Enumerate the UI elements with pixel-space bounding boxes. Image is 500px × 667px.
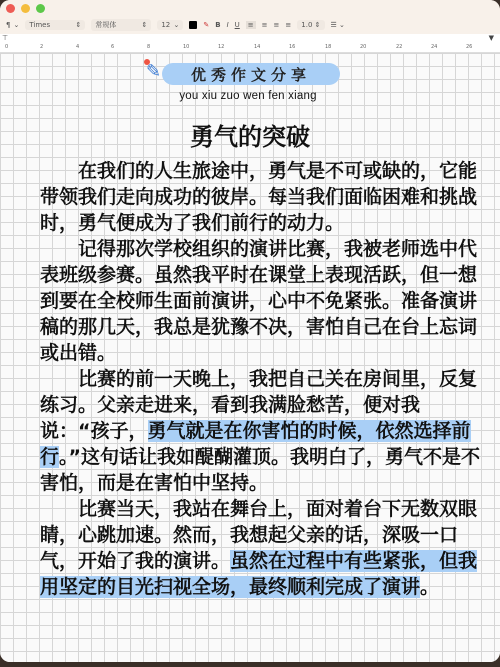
paragraph-icon: ¶ (6, 21, 10, 29)
line-spacing-select[interactable]: 1.0 ⇕ (297, 20, 324, 30)
justify-button[interactable]: ≡ (285, 21, 291, 29)
align-right-button[interactable]: ≡ (274, 21, 280, 29)
format-toolbar: ¶⌄ Times⇕ 常规体⇕ 12⌄ ✎ B I U ≡ ≡ ≡ ≡ 1.0 ⇕… (6, 19, 345, 31)
ruler-label: 16 (289, 44, 295, 50)
paragraph-4: 比赛当天，我站在舞台上，面对着台下无数双眼睛，心跳加速。然而，我想起父亲的话，深… (40, 496, 480, 600)
ruler-label: 8 (147, 44, 150, 50)
ruler-label: 20 (360, 44, 366, 50)
italic-button[interactable]: I (227, 21, 229, 29)
ruler-label: 12 (218, 44, 224, 50)
essay-title: 勇气的突破 (0, 117, 500, 152)
font-family-select[interactable]: Times⇕ (25, 20, 85, 30)
paragraph-4-text: 。 (420, 576, 439, 598)
ruler-label: 24 (431, 44, 437, 50)
ruler-label: 14 (254, 44, 260, 50)
font-family-value: Times (29, 21, 50, 29)
minimize-button[interactable] (21, 4, 30, 13)
right-indent-marker[interactable]: ▼ (489, 34, 494, 42)
ruler-label: 4 (76, 44, 79, 50)
underline-button[interactable]: U (235, 21, 240, 29)
stepper-icon: ⇕ (75, 21, 81, 29)
stepper-icon: ⇕ (141, 21, 147, 29)
ruler-label: 10 (183, 44, 189, 50)
zoom-button[interactable] (36, 4, 45, 13)
font-size-select[interactable]: 12⌄ (157, 20, 183, 30)
ruler-label: 0 (5, 44, 8, 50)
paragraph-3: 比赛的前一天晚上，我把自己关在房间里，反复练习。父亲走进来，看到我满脸愁苦，便对… (40, 366, 480, 496)
chevron-down-icon: ⌄ (173, 21, 179, 29)
list-icon: ☰ (331, 21, 337, 29)
line-spacing-value: 1.0 (301, 21, 312, 29)
ruler-label: 6 (111, 44, 114, 50)
title-bar: ¶⌄ Times⇕ 常规体⇕ 12⌄ ✎ B I U ≡ ≡ ≡ ≡ 1.0 ⇕… (0, 0, 500, 34)
document-canvas[interactable]: 优秀作文分享 ✎ you xiu zuo wen fen xiang 勇气的突破… (0, 53, 500, 662)
pencil-icon: ✎ (146, 61, 161, 82)
ruler-label: 2 (40, 44, 43, 50)
ruler-label: 18 (325, 44, 331, 50)
paragraph-1: 在我们的人生旅途中，勇气是不可或缺的，它能带领我们走向成功的彼岸。每当我们面临困… (40, 158, 480, 236)
ruler[interactable]: ⊤ ▼ 0 2 4 6 8 10 12 14 16 18 20 22 24 26 (0, 34, 500, 53)
text-color-swatch[interactable] (189, 21, 197, 29)
ruler-label: 26 (466, 44, 472, 50)
banner-pinyin: you xiu zuo wen fen xiang (148, 90, 348, 102)
paragraph-3-text: 。”这句话让我如醍醐灌顶。我明白了，勇气不是不害怕，而是在害怕中坚持。 (40, 446, 480, 494)
highlight-color-icon[interactable]: ✎ (203, 21, 209, 29)
paragraph-style-button[interactable]: ¶⌄ (6, 21, 19, 29)
ruler-label: 22 (396, 44, 402, 50)
font-style-value: 常规体 (95, 20, 116, 30)
font-style-select[interactable]: 常规体⇕ (91, 19, 151, 31)
banner-pill: 优秀作文分享 (162, 63, 340, 85)
align-center-button[interactable]: ≡ (262, 21, 268, 29)
paragraph-2: 记得那次学校组织的演讲比赛，我被老师选中代表班级参赛。虽然我平时在课堂上表现活跃… (40, 236, 480, 366)
font-size-value: 12 (161, 21, 170, 29)
list-button[interactable]: ☰ ⌄ (331, 21, 345, 29)
left-indent-marker[interactable]: ⊤ (2, 34, 8, 42)
align-left-button[interactable]: ≡ (246, 21, 256, 29)
text-editor-window: ¶⌄ Times⇕ 常规体⇕ 12⌄ ✎ B I U ≡ ≡ ≡ ≡ 1.0 ⇕… (0, 0, 500, 662)
bold-button[interactable]: B (215, 21, 220, 29)
close-button[interactable] (6, 4, 15, 13)
essay-body[interactable]: 在我们的人生旅途中，勇气是不可或缺的，它能带领我们走向成功的彼岸。每当我们面临困… (40, 158, 480, 600)
